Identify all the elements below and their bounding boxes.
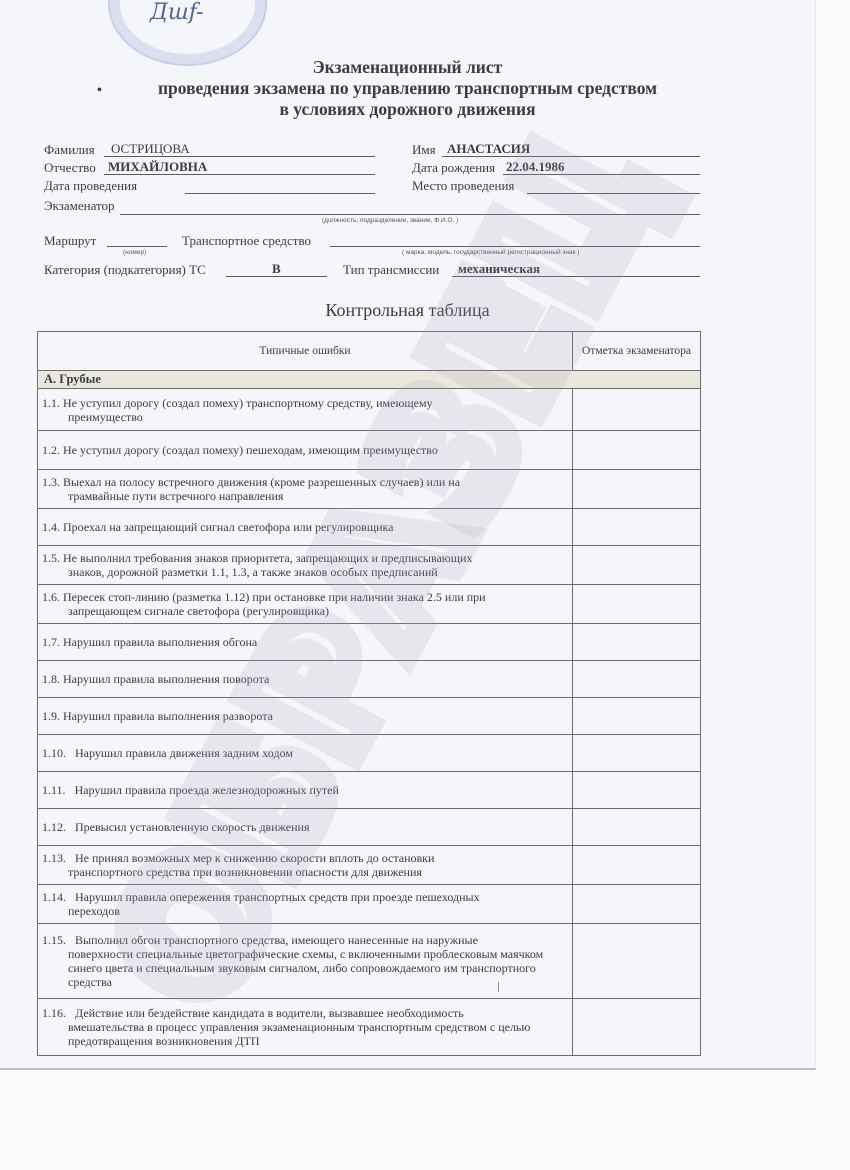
- error-text: Нарушил правила проезда железнодорожных …: [75, 783, 339, 797]
- examiner-mark-cell[interactable]: [573, 698, 701, 735]
- error-text: Нарушил правила выполнения разворота: [63, 709, 273, 723]
- error-text: Нарушил правила опережения транспортных …: [75, 890, 480, 904]
- error-description: 1.10. Нарушил правила движения задним хо…: [38, 735, 573, 772]
- error-number: 1.8.: [42, 672, 60, 686]
- error-description: 1.15. Выполнил обгон транспортного средс…: [38, 924, 573, 999]
- examiner-mark-cell[interactable]: [573, 924, 701, 999]
- route-line: [107, 246, 167, 247]
- error-line-1: 1.8. Нарушил правила выполнения поворота: [42, 672, 269, 686]
- error-text: Не уступил дорогу (создал помеху) пешехо…: [63, 443, 438, 457]
- table-row: 1.5. Не выполнил требования знаков приор…: [38, 546, 701, 585]
- examiner-mark-cell[interactable]: [573, 772, 701, 809]
- error-number: 1.5.: [42, 551, 60, 565]
- error-number: 1.9.: [42, 709, 60, 723]
- table-row: 1.1. Не уступил дорогу (создал помеху) т…: [38, 389, 701, 431]
- category-label: Категория (подкатегория) ТС: [44, 262, 206, 278]
- birthdate-label: Дата рождения: [412, 160, 495, 176]
- column-header-mark: Отметка экзаменатора: [573, 332, 701, 371]
- error-number: 1.2.: [42, 443, 60, 457]
- birthdate-field[interactable]: 22.04.1986: [506, 159, 565, 175]
- title-line-3: в условиях дорожного движения: [0, 99, 815, 120]
- table-row: 1.3. Выехал на полосу встречного движени…: [38, 470, 701, 509]
- patronymic-field[interactable]: МИХАЙЛОВНА: [108, 159, 207, 175]
- error-description: 1.6. Пересек стоп-линию (разметка 1.12) …: [38, 585, 573, 624]
- examiner-mark-cell[interactable]: [573, 999, 701, 1056]
- error-text: Не выполнил требования знаков приоритета…: [63, 551, 472, 565]
- examiner-mark-cell[interactable]: [573, 885, 701, 924]
- error-line-1: 1.5. Не выполнил требования знаков приор…: [42, 551, 472, 565]
- examiner-mark-cell[interactable]: [573, 585, 701, 624]
- error-number: 1.4.: [42, 520, 60, 534]
- error-line-1: 1.15. Выполнил обгон транспортного средс…: [42, 933, 478, 947]
- document-sheet: Дшf- • Экзаменационный лист проведения э…: [0, 0, 816, 1070]
- name-label: Имя: [412, 142, 436, 158]
- table-row: 1.16. Действие или бездействие кандидата…: [38, 999, 701, 1056]
- examiner-mark-cell[interactable]: [573, 624, 701, 661]
- error-text-continued: преимущество: [42, 410, 568, 424]
- table-row: 1.8. Нарушил правила выполнения поворота: [38, 661, 701, 698]
- error-text: Нарушил правила выполнения поворота: [63, 672, 269, 686]
- table-row: 1.14. Нарушил правила опережения транспо…: [38, 885, 701, 924]
- examiner-mark-cell[interactable]: [573, 509, 701, 546]
- section-row-gross: А. Грубые: [38, 371, 701, 389]
- error-text: Действие или бездействие кандидата в вод…: [75, 1006, 464, 1020]
- place-label: Место проведения: [412, 178, 514, 194]
- table-row: 1.12. Превысил установленную скорость дв…: [38, 809, 701, 846]
- error-line-1: 1.4. Проехал на запрещающий сигнал свето…: [42, 520, 393, 534]
- error-number: 1.6.: [42, 590, 60, 604]
- error-text-continued: транспортного средства при возникновении…: [42, 865, 568, 879]
- surname-label: Фамилия: [44, 142, 95, 158]
- examiner-mark-cell[interactable]: [573, 846, 701, 885]
- error-text-continued: трамвайные пути встречного направления: [42, 489, 568, 503]
- document-title: • Экзаменационный лист проведения экзаме…: [0, 57, 815, 120]
- error-description: 1.13. Не принял возможных мер к снижению…: [38, 846, 573, 885]
- error-description: 1.4. Проехал на запрещающий сигнал свето…: [38, 509, 573, 546]
- name-field[interactable]: АНАСТАСИЯ: [447, 141, 530, 157]
- error-text: Выполнил обгон транспортного средства, и…: [75, 933, 478, 947]
- route-label: Маршрут: [44, 233, 96, 249]
- error-text-continued: знаков, дорожной разметки 1.1, 1.3, а та…: [42, 565, 568, 579]
- error-line-1: 1.3. Выехал на полосу встречного движени…: [42, 475, 460, 489]
- error-line-1: 1.16. Действие или бездействие кандидата…: [42, 1006, 464, 1020]
- error-description: 1.16. Действие или бездействие кандидата…: [38, 999, 573, 1056]
- error-number: 1.12.: [42, 820, 66, 834]
- table-row: 1.4. Проехал на запрещающий сигнал свето…: [38, 509, 701, 546]
- table-row: 1.11. Нарушил правила проезда железнодор…: [38, 772, 701, 809]
- error-text-continued: вмешательства в процесс управления экзам…: [42, 1020, 568, 1048]
- column-header-errors: Типичные ошибки: [38, 332, 573, 371]
- error-number: 1.15.: [42, 933, 66, 947]
- table-row: 1.10. Нарушил правила движения задним хо…: [38, 735, 701, 772]
- error-line-1: 1.10. Нарушил правила движения задним хо…: [42, 746, 293, 760]
- table-row: 1.6. Пересек стоп-линию (разметка 1.12) …: [38, 585, 701, 624]
- error-text-continued: запрещающем сигнале светофора (регулиров…: [42, 604, 568, 618]
- examiner-hint: (должность, подразделение, звание, Ф.И.О…: [322, 217, 458, 224]
- vehicle-label: Транспортное средство: [182, 233, 311, 249]
- error-line-1: 1.14. Нарушил правила опережения транспо…: [42, 890, 480, 904]
- route-hint: (номер): [123, 249, 146, 256]
- error-line-1: 1.13. Не принял возможных мер к снижению…: [42, 851, 434, 865]
- transmission-label: Тип трансмиссии: [343, 262, 439, 278]
- error-text: Превысил установленную скорость движения: [75, 820, 309, 834]
- vehicle-hint: ( марка, модель, государственный регистр…: [402, 249, 579, 256]
- exam-date-label: Дата проведения: [44, 178, 137, 194]
- error-text-continued: поверхности специальные цветографические…: [42, 947, 568, 989]
- examiner-mark-cell[interactable]: [573, 809, 701, 846]
- error-description: 1.5. Не выполнил требования знаков приор…: [38, 546, 573, 585]
- error-number: 1.14.: [42, 890, 66, 904]
- vehicle-line: [330, 246, 700, 247]
- transmission-field[interactable]: механическая: [458, 261, 540, 277]
- title-line-1: Экзаменационный лист: [0, 57, 815, 78]
- bullet-mark: •: [97, 80, 102, 101]
- error-line-1: 1.11. Нарушил правила проезда железнодор…: [42, 783, 339, 797]
- error-description: 1.12. Превысил установленную скорость дв…: [38, 809, 573, 846]
- error-description: 1.3. Выехал на полосу встречного движени…: [38, 470, 573, 509]
- error-line-1: 1.7. Нарушил правила выполнения обгона: [42, 635, 257, 649]
- error-description: 1.1. Не уступил дорогу (создал помеху) т…: [38, 389, 573, 431]
- examiner-label: Экзаменатор: [44, 198, 115, 214]
- error-text: Проехал на запрещающий сигнал светофора …: [63, 520, 393, 534]
- error-description: 1.11. Нарушил правила проезда железнодор…: [38, 772, 573, 809]
- table-row: 1.9. Нарушил правила выполнения разворот…: [38, 698, 701, 735]
- error-number: 1.11.: [42, 783, 66, 797]
- examiner-mark-cell[interactable]: [573, 389, 701, 431]
- error-number: 1.7.: [42, 635, 60, 649]
- error-text: Нарушил правила выполнения обгона: [63, 635, 257, 649]
- error-text: Выехал на полосу встречного движения (кр…: [63, 475, 460, 489]
- error-description: 1.9. Нарушил правила выполнения разворот…: [38, 698, 573, 735]
- table-row: 1.7. Нарушил правила выполнения обгона: [38, 624, 701, 661]
- examiner-mark-cell[interactable]: [573, 735, 701, 772]
- error-text: Пересек стоп-линию (разметка 1.12) при о…: [63, 590, 486, 604]
- control-table: Типичные ошибки Отметка экзаменатора А. …: [37, 331, 701, 1056]
- category-field[interactable]: В: [272, 261, 281, 277]
- table-row: 1.13. Не принял возможных мер к снижению…: [38, 846, 701, 885]
- scan-mark: [498, 982, 499, 992]
- examiner-mark-cell[interactable]: [573, 470, 701, 509]
- error-line-1: 1.9. Нарушил правила выполнения разворот…: [42, 709, 273, 723]
- error-text: Не уступил дорогу (создал помеху) трансп…: [63, 396, 433, 410]
- stamp-signature: Дшf-: [150, 0, 204, 25]
- exam-date-line: [185, 193, 375, 194]
- error-line-1: 1.6. Пересек стоп-линию (разметка 1.12) …: [42, 590, 486, 604]
- error-line-1: 1.1. Не уступил дорогу (создал помеху) т…: [42, 396, 433, 410]
- error-number: 1.13.: [42, 851, 66, 865]
- section-label: А. Грубые: [38, 371, 701, 389]
- error-description: 1.2. Не уступил дорогу (создал помеху) п…: [38, 431, 573, 470]
- place-line: [527, 193, 700, 194]
- error-line-1: 1.2. Не уступил дорогу (создал помеху) п…: [42, 443, 438, 457]
- error-text-continued: переходов: [42, 904, 568, 918]
- error-number: 1.1.: [42, 396, 60, 410]
- table-row: 1.15. Выполнил обгон транспортного средс…: [38, 924, 701, 999]
- examiner-mark-cell[interactable]: [573, 546, 701, 585]
- title-line-2: проведения экзамена по управлению трансп…: [0, 78, 815, 99]
- error-description: 1.8. Нарушил правила выполнения поворота: [38, 661, 573, 698]
- error-text: Нарушил правила движения задним ходом: [75, 746, 293, 760]
- error-number: 1.16.: [42, 1006, 66, 1020]
- error-line-1: 1.12. Превысил установленную скорость дв…: [42, 820, 309, 834]
- error-description: 1.7. Нарушил правила выполнения обгона: [38, 624, 573, 661]
- examiner-mark-cell[interactable]: [573, 431, 701, 470]
- error-number: 1.10.: [42, 746, 66, 760]
- patronymic-label: Отчество: [44, 160, 96, 176]
- examiner-mark-cell[interactable]: [573, 661, 701, 698]
- control-table-title: Контрольная таблица: [0, 300, 815, 321]
- surname-field[interactable]: ОСТРИЦОВА: [111, 141, 190, 157]
- examiner-line: [120, 214, 700, 215]
- error-text: Не принял возможных мер к снижению скоро…: [75, 851, 434, 865]
- error-description: 1.14. Нарушил правила опережения транспо…: [38, 885, 573, 924]
- table-header-row: Типичные ошибки Отметка экзаменатора: [38, 332, 701, 371]
- table-row: 1.2. Не уступил дорогу (создал помеху) п…: [38, 431, 701, 470]
- error-number: 1.3.: [42, 475, 60, 489]
